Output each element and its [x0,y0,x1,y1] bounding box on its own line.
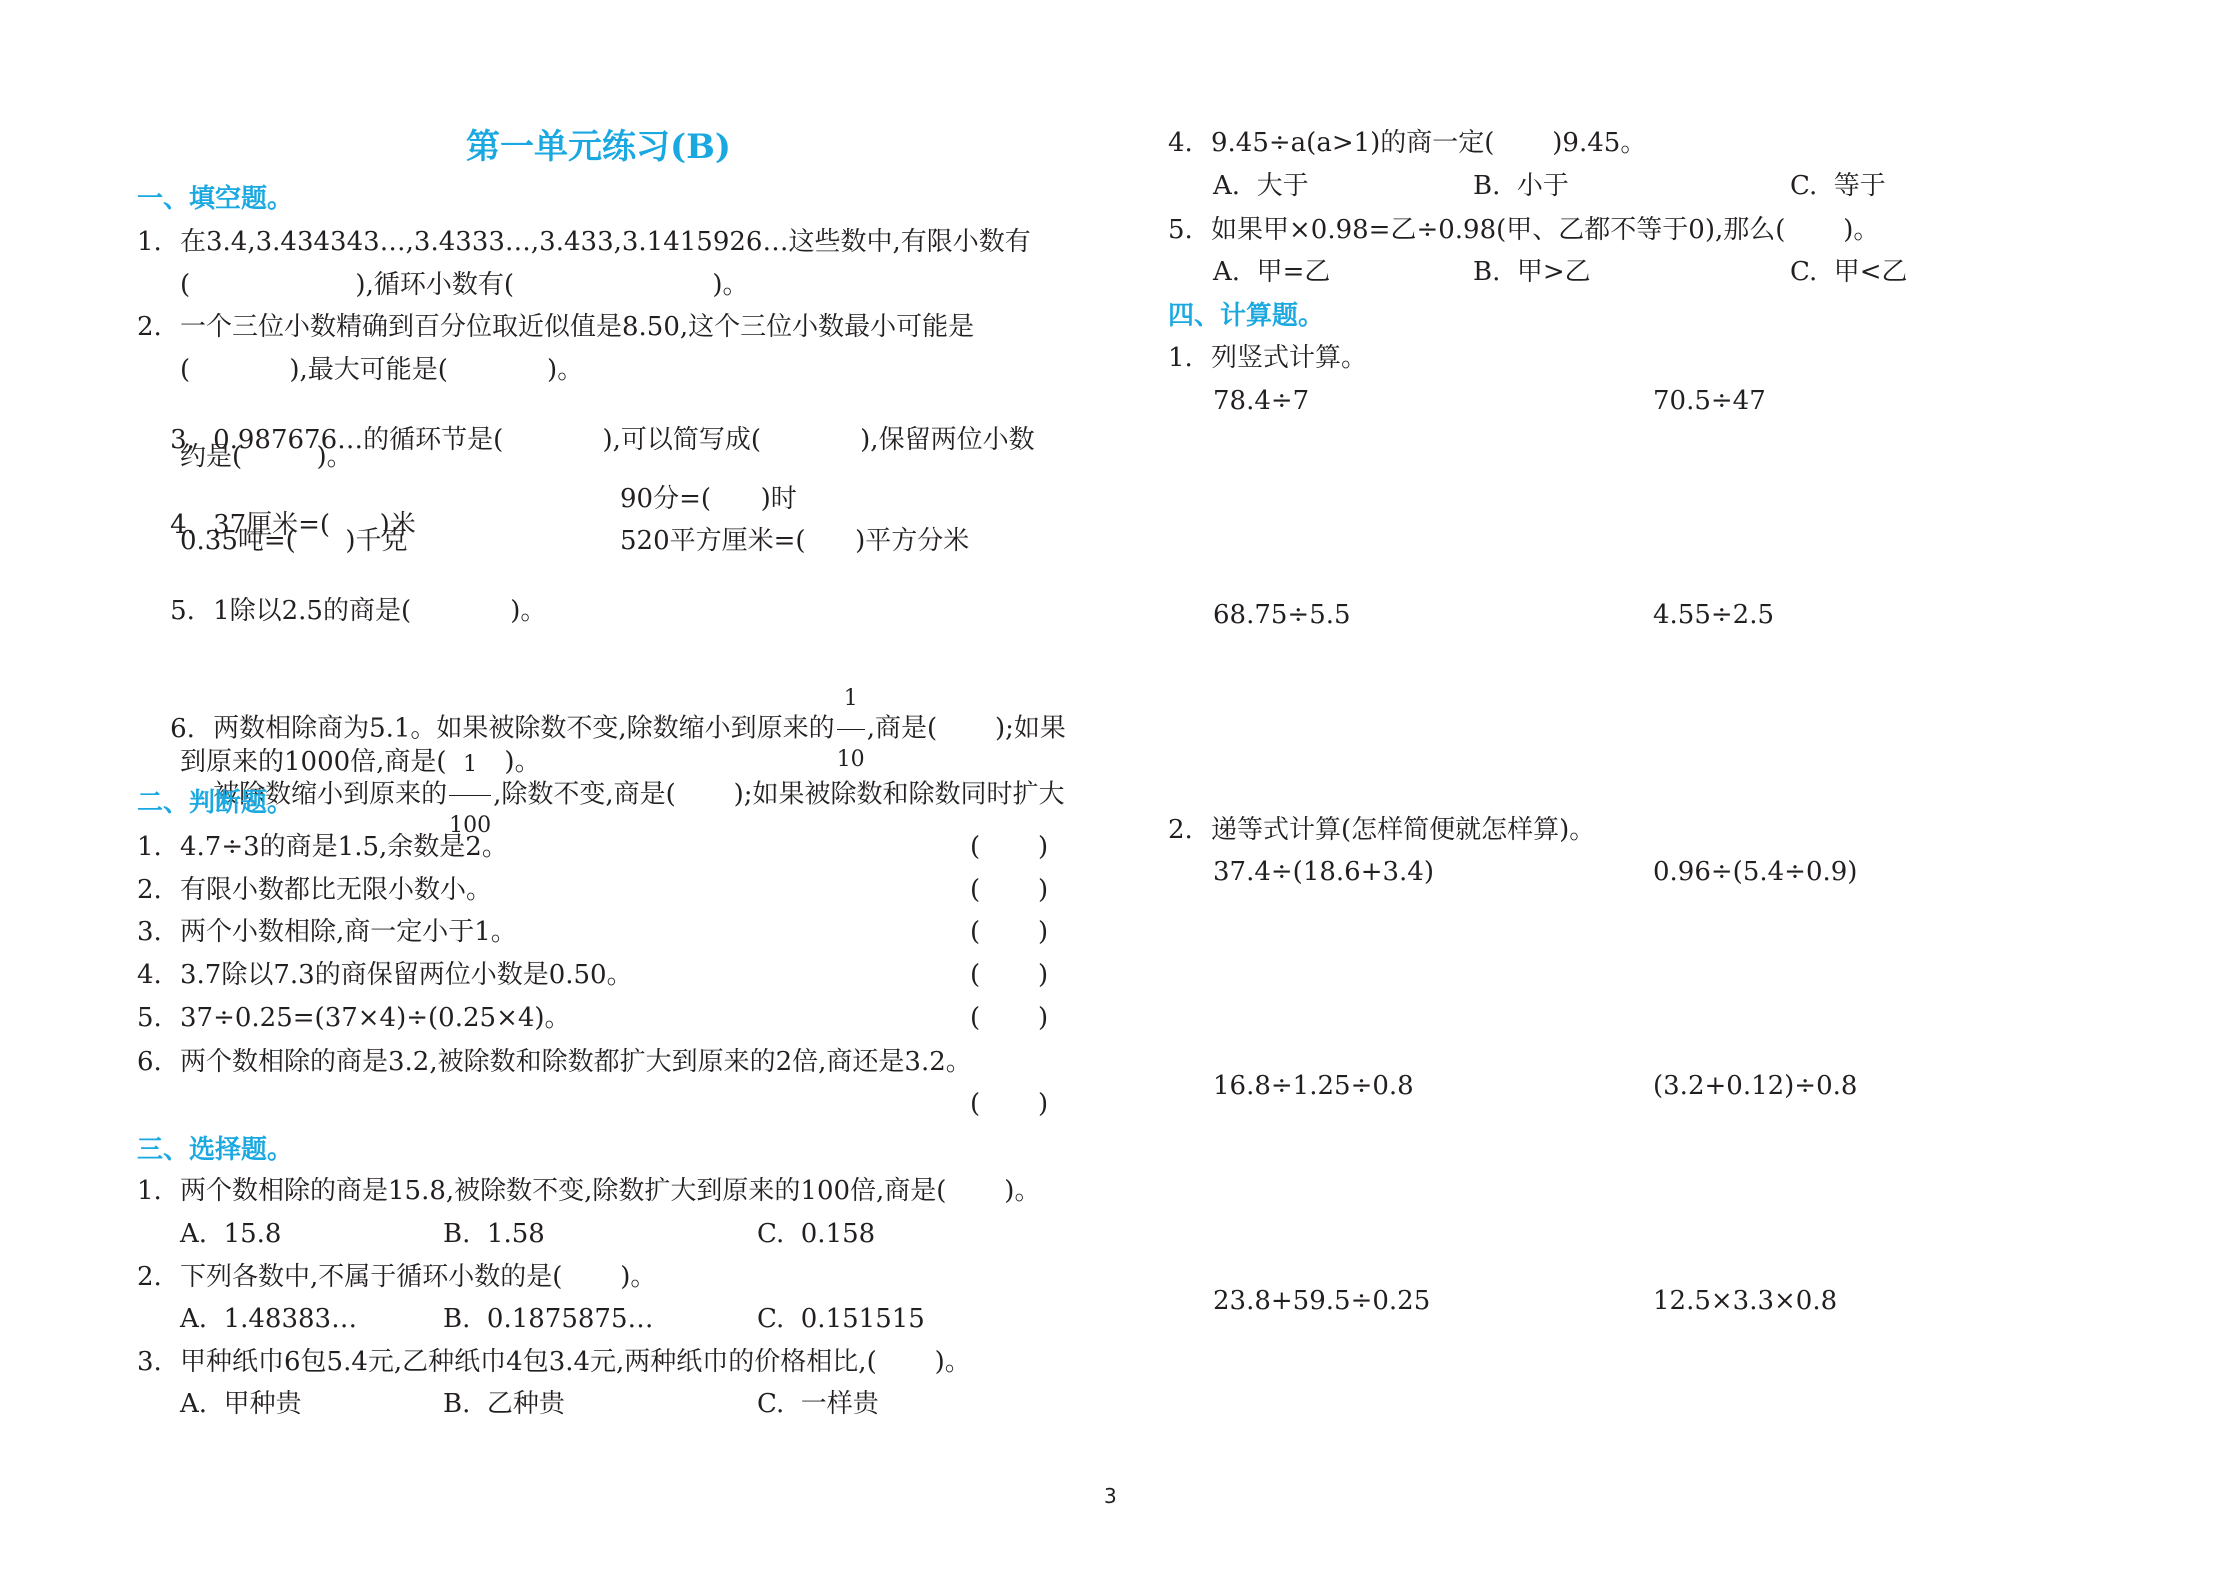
calc-part-1-label: 1.列竖式计算。 [1168,345,1367,371]
question-choice-3[interactable]: 3.甲种纸巾6包5.4元,乙种纸巾4包3.4元,两种纸巾的价格相比,( )。 [137,1349,971,1375]
question-choice-1[interactable]: 1.两个数相除的商是15.8,被除数不变,除数扩大到原来的100倍,商是( )。 [137,1178,1040,1204]
calc-problem-7: 16.8÷1.25÷0.8 [1213,1073,1414,1099]
question-fill-4c[interactable]: 0.35吨=( )千克 [180,528,408,554]
option-choice-1-b[interactable]: B. 1.58 [443,1221,545,1247]
option-choice-1-a[interactable]: A. 15.8 [180,1221,281,1247]
question-fill-1-blanks[interactable]: ( ),循环小数有( )。 [180,272,748,298]
calc-problem-5: 37.4÷(18.6+3.4) [1213,859,1434,885]
page-title: 第一单元练习(B) [466,130,731,164]
page-number: 3 [1104,1486,1117,1506]
option-choice-5-b[interactable]: B. 甲>乙 [1473,259,1591,285]
question-fill-6-line3[interactable]: 到原来的1000倍,商是( )。 [180,749,541,775]
question-fill-3-blanks[interactable]: 约是( )。 [180,444,353,470]
option-choice-4-a[interactable]: A. 大于 [1213,173,1309,199]
calc-problem-9: 23.8+59.5÷0.25 [1213,1288,1430,1314]
question-judge-5: 5.37÷0.25=(37×4)÷(0.25×4)。 [137,1005,571,1031]
option-choice-5-c[interactable]: C. 甲<乙 [1790,259,1908,285]
calc-problem-4: 4.55÷2.5 [1653,602,1774,628]
section-heading-judge: 二、判断题。 [137,790,293,816]
question-judge-1: 1.4.7÷3的商是1.5,余数是2。 [137,834,508,860]
option-choice-3-c[interactable]: C. 一样贵 [757,1391,879,1417]
calc-part-2-label: 2.递等式计算(怎样简便就怎样算)。 [1168,817,1595,843]
option-choice-3-b[interactable]: B. 乙种贵 [443,1391,565,1417]
option-choice-2-b[interactable]: B. 0.1875875… [443,1306,654,1332]
answer-paren-judge-5[interactable]: ( ) [970,1005,1048,1031]
answer-paren-judge-1[interactable]: ( ) [970,834,1048,860]
option-choice-2-c[interactable]: C. 0.151515 [757,1306,925,1332]
calc-problem-2: 70.5÷47 [1653,388,1766,414]
question-choice-4[interactable]: 4.9.45÷a(a>1)的商一定( )9.45。 [1168,130,1646,156]
option-choice-4-b[interactable]: B. 小于 [1473,173,1569,199]
question-fill-4b[interactable]: 90分=( )时 [620,486,797,512]
option-choice-4-c[interactable]: C. 等于 [1790,173,1886,199]
question-judge-3: 3.两个小数相除,商一定小于1。 [137,919,517,945]
section-heading-calc: 四、计算题。 [1168,303,1324,329]
answer-paren-judge-3[interactable]: ( ) [970,919,1048,945]
question-fill-4d[interactable]: 520平方厘米=( )平方分米 [620,528,969,554]
question-fill-2: 2.一个三位小数精确到百分位取近似值是8.50,这个三位小数最小可能是 [137,314,974,340]
calc-problem-3: 68.75÷5.5 [1213,602,1351,628]
answer-paren-judge-6[interactable]: ( ) [970,1091,1048,1117]
answer-paren-judge-2[interactable]: ( ) [970,877,1048,903]
answer-paren-judge-4[interactable]: ( ) [970,962,1048,988]
question-judge-2: 2.有限小数都比无限小数小。 [137,877,492,903]
option-choice-2-a[interactable]: A. 1.48383… [180,1306,357,1332]
option-choice-3-a[interactable]: A. 甲种贵 [180,1391,302,1417]
question-fill-1: 1.在3.4,3.434343…,3.4333…,3.433,3.1415926… [137,229,1031,255]
calc-problem-8: (3.2+0.12)÷0.8 [1653,1073,1857,1099]
calc-problem-10: 12.5×3.3×0.8 [1653,1288,1837,1314]
section-heading-fill: 一、填空题。 [137,186,293,212]
option-choice-5-a[interactable]: A. 甲=乙 [1213,259,1330,285]
question-choice-2[interactable]: 2.下列各数中,不属于循环小数的是( )。 [137,1264,656,1290]
question-fill-2-blanks[interactable]: ( ),最大可能是( )。 [180,357,583,383]
section-heading-choice: 三、选择题。 [137,1137,293,1163]
question-choice-5[interactable]: 5.如果甲×0.98=乙÷0.98(甲、乙都不等于0),那么( )。 [1168,217,1879,243]
question-judge-6: 6.两个数相除的商是3.2,被除数和除数都扩大到原来的2倍,商还是3.2。 [137,1049,972,1075]
calc-problem-1: 78.4÷7 [1213,388,1309,414]
calc-problem-6: 0.96÷(5.4÷0.9) [1653,859,1857,885]
question-judge-4: 4.3.7除以7.3的商保留两位小数是0.50。 [137,962,633,988]
option-choice-1-c[interactable]: C. 0.158 [757,1221,875,1247]
